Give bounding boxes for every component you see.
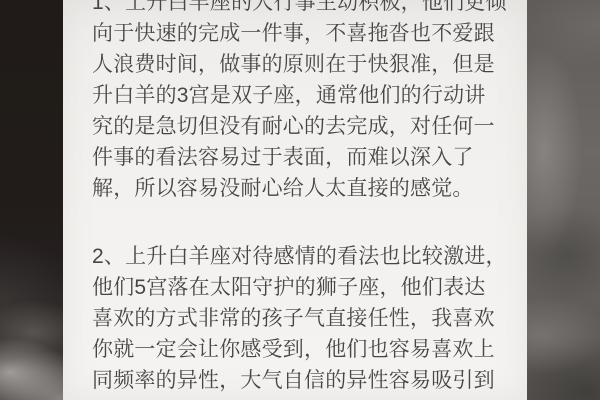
text-line: 解，所以容易没耐心给人太直接的感觉。 <box>92 173 507 204</box>
text-line: 喜欢的方式非常的孩子气直接任性，我喜欢 <box>92 303 507 334</box>
text-screenshot-panel: 1、上升白羊座的人行事主动积极，他们更倾 向于快速的完成一件事，不喜拖沓也不爱跟… <box>63 0 527 400</box>
text-line: 2、上升白羊座对待感情的看法也比较激进， <box>92 241 507 272</box>
text-line: 人浪费时间，做事的原则在于快狠准，但是 <box>92 49 507 80</box>
paragraph-point-1: 1、上升白羊座的人行事主动积极，他们更倾 向于快速的完成一件事，不喜拖沓也不爱跟… <box>92 0 507 204</box>
text-line: 你就一定会让你感受到，他们也容易喜欢上 <box>92 334 507 365</box>
text-line: 1、上升白羊座的人行事主动积极，他们更倾 <box>92 0 507 18</box>
text-line: 究的是急切但没有耐心的去完成，对任何一 <box>92 111 507 142</box>
text-line: 升白羊的3宫是双子座，通常他们的行动讲 <box>92 80 507 111</box>
smoke-background-right <box>526 0 600 400</box>
smoke-background-left <box>0 0 64 400</box>
text-line: 件事的看法容易过于表面，而难以深入了 <box>92 142 507 173</box>
paragraph-point-2: 2、上升白羊座对待感情的看法也比较激进， 他们5宫落在太阳守护的狮子座，他们表达… <box>92 241 507 396</box>
text-line: 同频率的异性，大气自信的异性容易吸引到 <box>92 365 507 396</box>
text-line: 他们5宫落在太阳守护的狮子座，他们表达 <box>92 272 507 303</box>
text-line: 向于快速的完成一件事，不喜拖沓也不爱跟 <box>92 18 507 49</box>
smoke-text-graphic: 1、上升白羊座的人行事主动积极，他们更倾 向于快速的完成一件事，不喜拖沓也不爱跟… <box>0 0 600 400</box>
